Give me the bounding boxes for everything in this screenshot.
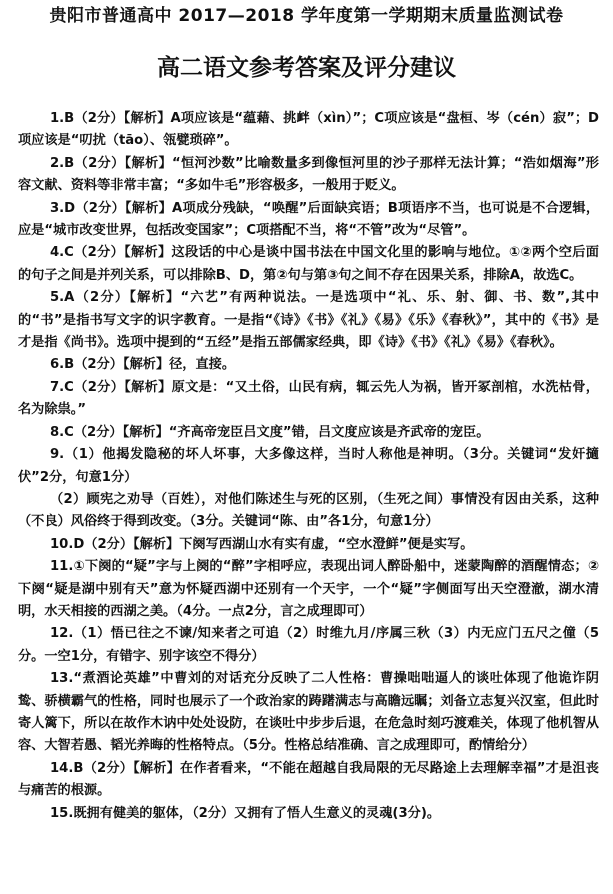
document-page: 贵阳市普通高中 2017—2018 学年度第一学期期末质量监测试卷 高二语文参考… bbox=[0, 0, 613, 894]
answer-item-14: 14.B（2分）【解析】在作者看来，“不能在超越自我局限的无尽路途上去理解幸福”… bbox=[18, 758, 599, 803]
exam-title: 贵阳市普通高中 2017—2018 学年度第一学期期末质量监测试卷 bbox=[0, 5, 613, 27]
answer-item-13: 13.“煮酒论英雄”中曹刘的对话充分反映了二人性格：曹操咄咄逼人的谈吐体现了他诡… bbox=[18, 668, 599, 758]
answer-list: 1.B（2分）【解析】A项应该是“蕴藉、挑衅（xìn）”；C项应该是“盘桓、岑（… bbox=[18, 108, 599, 825]
answer-item-2: 2.B（2分）【解析】“恒河沙数”比喻数量多到像恒河里的沙子那样无法计算；“浩如… bbox=[18, 153, 599, 198]
answer-item-1: 1.B（2分）【解析】A项应该是“蕴藉、挑衅（xìn）”；C项应该是“盘桓、岑（… bbox=[18, 108, 599, 153]
answer-item-11: 11.①下阕的“疑”字与上阕的“醉”字相呼应，表现出词人醉卧船中，迷蒙陶醉的酒醒… bbox=[18, 556, 599, 623]
answer-item-9-2: （2）顾宪之劝导（百姓），对他们陈述生与死的区别，（生死之间）事情没有因由关系，… bbox=[18, 489, 599, 534]
document-subtitle: 高二语文参考答案及评分建议 bbox=[0, 54, 613, 82]
answer-item-6: 6.B（2分）【解析】径，直接。 bbox=[18, 354, 599, 376]
answer-item-12: 12.（1）悟已往之不谏/知来者之可追（2）时维九月/序属三秋（3）内无应门五尺… bbox=[18, 623, 599, 668]
answer-item-15: 15.既拥有健美的躯体，（2分）又拥有了悟人生意义的灵魂(3分)。 bbox=[18, 803, 599, 825]
answer-item-8: 8.C（2分）【解析】“齐高帝宠臣吕文度”错，吕文度应该是齐武帝的宠臣。 bbox=[18, 422, 599, 444]
answer-item-7: 7.C（2分）【解析】原文是：“又土俗，山民有病，辄云先人为祸，皆开冢剖棺，水洗… bbox=[18, 377, 599, 422]
answer-item-9-1: 9.（1）他揭发隐秘的坏人坏事，大多像这样，当时人称他是神明。（3分。关键词“发… bbox=[18, 444, 599, 489]
answer-item-4: 4.C（2分）【解析】这段话的中心是谈中国书法在中国文化里的影响与地位。①②两个… bbox=[18, 242, 599, 287]
answer-item-3: 3.D（2分）【解析】A项成分残缺，“唤醒”后面缺宾语；B项语序不当，也可说是不… bbox=[18, 198, 599, 243]
answer-item-5: 5.A（2分）【解析】“六艺”有两种说法。一是选项中“礼、乐、射、御、书、数”,… bbox=[18, 287, 599, 354]
answer-item-10: 10.D（2分）【解析】下阕写西湖山水有实有虚，“空水澄鲜”便是实写。 bbox=[18, 534, 599, 556]
